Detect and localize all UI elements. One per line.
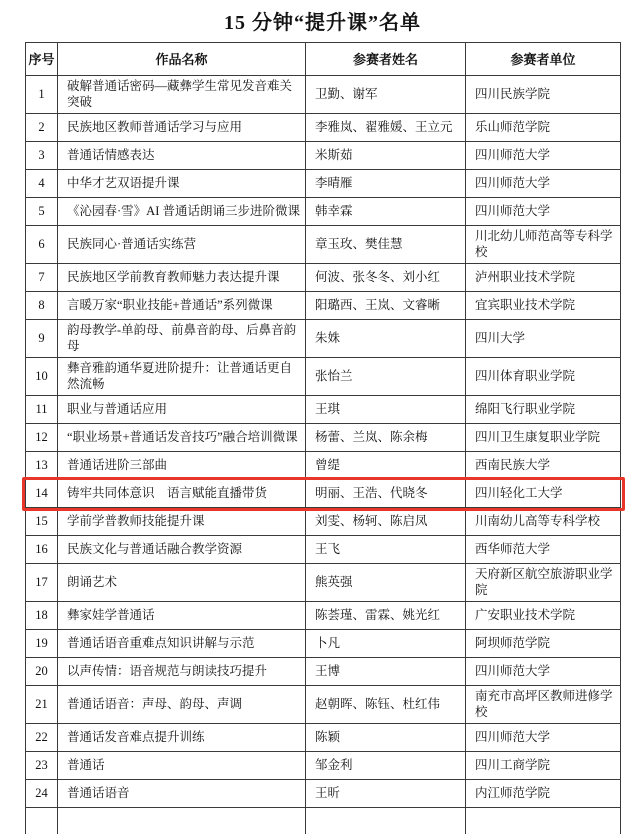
- page-title: 15 分钟“提升课”名单: [25, 6, 620, 35]
- cell-no: 22: [26, 724, 58, 752]
- cell-unit: 四川师范大学: [466, 658, 621, 686]
- table-row: 21普通话语音：声母、韵母、声调赵朝晖、陈钰、杜红伟南充市高坪区教师进修学校: [26, 686, 621, 724]
- cell-names: 刘雯、杨轲、陈启凤: [306, 508, 466, 536]
- table-row: 10彝音雅韵通华夏进阶提升：让普通话更自然流畅张怡兰四川体育职业学院: [26, 358, 621, 396]
- cell-work: 朗诵艺术: [58, 564, 306, 602]
- column-header-work: 作品名称: [58, 43, 306, 76]
- course-list-table: 序号 作品名称 参赛者姓名 参赛者单位 1破解普通话密码—藏彝学生常见发音难关突…: [25, 42, 621, 834]
- column-header-names: 参赛者姓名: [306, 43, 466, 76]
- cell-unit: 内江师范学院: [466, 780, 621, 808]
- cell-work: 民族同心·普通话实练营: [58, 226, 306, 264]
- cell-names: 王飞: [306, 536, 466, 564]
- cell-no: 13: [26, 452, 58, 480]
- cell-no: 24: [26, 780, 58, 808]
- cell-work: 普通话语音: [58, 780, 306, 808]
- cell-work: 民族文化与普通话融合教学资源: [58, 536, 306, 564]
- table-row: 17朗诵艺术熊英强天府新区航空旅游职业学院: [26, 564, 621, 602]
- cell-names: 曾缇: [306, 452, 466, 480]
- cell-no: 14: [26, 480, 58, 508]
- cell-unit: 南充市高坪区教师进修学校: [466, 686, 621, 724]
- cell-no: 18: [26, 602, 58, 630]
- cell-unit: 川南幼儿高等专科学校: [466, 508, 621, 536]
- cell-names: 张怡兰: [306, 358, 466, 396]
- cell-work: 以声传情：语音规范与朗读技巧提升: [58, 658, 306, 686]
- cell-unit: 广安职业技术学院: [466, 602, 621, 630]
- cell-work: 普通话发音难点提升训练: [58, 724, 306, 752]
- cell-names: 朱姝: [306, 320, 466, 358]
- table-row: 2民族地区教师普通话学习与应用李雅岚、翟雅媛、王立元乐山师范学院: [26, 114, 621, 142]
- table-row: 22普通话发音难点提升训练陈颖四川师范大学: [26, 724, 621, 752]
- cell-work: 普通话语音重难点知识讲解与示范: [58, 630, 306, 658]
- table-row: 12“职业场景+普通话发音技巧”融合培训微课杨蕾、兰岚、陈余梅四川卫生康复职业学…: [26, 424, 621, 452]
- cell-unit: 四川大学: [466, 320, 621, 358]
- cell-no: 15: [26, 508, 58, 536]
- cell-names: 赵朝晖、陈钰、杜红伟: [306, 686, 466, 724]
- cell-work: 民族地区学前教育教师魅力表达提升课: [58, 264, 306, 292]
- cell-no: 9: [26, 320, 58, 358]
- cell-unit: 四川工商学院: [466, 752, 621, 780]
- table-row: 16民族文化与普通话融合教学资源王飞西华师范大学: [26, 536, 621, 564]
- table-row: 11职业与普通话应用王琪绵阳飞行职业学院: [26, 396, 621, 424]
- table-row: 23普通话邹金利四川工商学院: [26, 752, 621, 780]
- table-body: 1破解普通话密码—藏彝学生常见发音难关突破卫勤、谢军四川民族学院2民族地区教师普…: [26, 76, 621, 834]
- cell-unit: 四川民族学院: [466, 76, 621, 114]
- cell-unit: 四川体育职业学院: [466, 358, 621, 396]
- cell-names: 熊英强: [306, 564, 466, 602]
- cell-names: 阳璐西、王岚、文睿晰: [306, 292, 466, 320]
- cell-names: 卫勤、谢军: [306, 76, 466, 114]
- cell-unit: 西南民族大学: [466, 452, 621, 480]
- cell-names: 陈荟瑾、雷霖、姚光红: [306, 602, 466, 630]
- table-row: 20以声传情：语音规范与朗读技巧提升王博四川师范大学: [26, 658, 621, 686]
- table-row: 4中华才艺双语提升课李晴雁四川师范大学: [26, 170, 621, 198]
- table-row: 5《沁园春·雪》AI 普通话朗诵三步进阶微课韩幸霖四川师范大学: [26, 198, 621, 226]
- cell-unit: 泸州职业技术学院: [466, 264, 621, 292]
- table-row: 3普通话情感表达米斯茹四川师范大学: [26, 142, 621, 170]
- cell-work: 破解普通话密码—藏彝学生常见发音难关突破: [58, 76, 306, 114]
- table-row: 8言暖万家“职业技能+普通话”系列微课阳璐西、王岚、文睿晰宜宾职业技术学院: [26, 292, 621, 320]
- cell-no: 2: [26, 114, 58, 142]
- table-row: 24普通话语音王昕内江师范学院: [26, 780, 621, 808]
- cell-names: 李晴雁: [306, 170, 466, 198]
- cell-names: 杨蕾、兰岚、陈余梅: [306, 424, 466, 452]
- table-row: 13普通话进阶三部曲曾缇西南民族大学: [26, 452, 621, 480]
- table-row: 19普通话语音重难点知识讲解与示范卜凡阿坝师范学院: [26, 630, 621, 658]
- cell-no: 12: [26, 424, 58, 452]
- cell-names: 陈颖: [306, 724, 466, 752]
- cell-unit: 四川卫生康复职业学院: [466, 424, 621, 452]
- cell-work: 中华才艺双语提升课: [58, 170, 306, 198]
- cell-unit: [466, 808, 621, 834]
- cell-work: 言暖万家“职业技能+普通话”系列微课: [58, 292, 306, 320]
- cell-names: 韩幸霖: [306, 198, 466, 226]
- table-row: 9韵母教学-单韵母、前鼻音韵母、后鼻音韵母朱姝四川大学: [26, 320, 621, 358]
- table-row: 1破解普通话密码—藏彝学生常见发音难关突破卫勤、谢军四川民族学院: [26, 76, 621, 114]
- cell-names: 邹金利: [306, 752, 466, 780]
- cell-work: 铸牢共同体意识 语言赋能直播带货: [58, 480, 306, 508]
- cell-work: 彝音雅韵通华夏进阶提升：让普通话更自然流畅: [58, 358, 306, 396]
- cell-work: “职业场景+普通话发音技巧”融合培训微课: [58, 424, 306, 452]
- cell-names: 王博: [306, 658, 466, 686]
- cell-work: 民族地区教师普通话学习与应用: [58, 114, 306, 142]
- header-row: 序号 作品名称 参赛者姓名 参赛者单位: [26, 43, 621, 76]
- cell-names: 王琪: [306, 396, 466, 424]
- cell-no: 3: [26, 142, 58, 170]
- cell-work: 普通话进阶三部曲: [58, 452, 306, 480]
- cell-work: 韵母教学-单韵母、前鼻音韵母、后鼻音韵母: [58, 320, 306, 358]
- cell-unit: 宜宾职业技术学院: [466, 292, 621, 320]
- cell-names: 何波、张冬冬、刘小红: [306, 264, 466, 292]
- cell-work: 学前学普教师技能提升课: [58, 508, 306, 536]
- cell-work: 彝家娃学普通话: [58, 602, 306, 630]
- cell-names: 李雅岚、翟雅媛、王立元: [306, 114, 466, 142]
- cell-no: 10: [26, 358, 58, 396]
- cell-work: [58, 808, 306, 834]
- column-header-no: 序号: [26, 43, 58, 76]
- cell-names: 卜凡: [306, 630, 466, 658]
- cell-unit: 四川师范大学: [466, 724, 621, 752]
- cell-work: 普通话情感表达: [58, 142, 306, 170]
- cell-work: 普通话语音：声母、韵母、声调: [58, 686, 306, 724]
- cell-no: 8: [26, 292, 58, 320]
- cell-no: 11: [26, 396, 58, 424]
- cell-unit: 四川轻化工大学: [466, 480, 621, 508]
- table-row: 6民族同心·普通话实练营章玉玫、樊佳慧川北幼儿师范高等专科学校: [26, 226, 621, 264]
- cell-no: 16: [26, 536, 58, 564]
- cell-no: 21: [26, 686, 58, 724]
- cell-unit: 四川师范大学: [466, 142, 621, 170]
- table-row: 14铸牢共同体意识 语言赋能直播带货明丽、王浩、代晓冬四川轻化工大学: [26, 480, 621, 508]
- cell-unit: 乐山师范学院: [466, 114, 621, 142]
- document-page: 15 分钟“提升课”名单 序号 作品名称 参赛者姓名 参赛者单位 1破解普通话密…: [0, 6, 641, 834]
- cell-no: 6: [26, 226, 58, 264]
- cell-unit: 绵阳飞行职业学院: [466, 396, 621, 424]
- cell-names: 章玉玫、樊佳慧: [306, 226, 466, 264]
- cell-no: 7: [26, 264, 58, 292]
- cell-no: [26, 808, 58, 834]
- cell-no: 23: [26, 752, 58, 780]
- table-header: 序号 作品名称 参赛者姓名 参赛者单位: [26, 43, 621, 76]
- cell-unit: 川北幼儿师范高等专科学校: [466, 226, 621, 264]
- column-header-unit: 参赛者单位: [466, 43, 621, 76]
- cell-unit: 四川师范大学: [466, 170, 621, 198]
- cell-work: 普通话: [58, 752, 306, 780]
- cell-names: 明丽、王浩、代晓冬: [306, 480, 466, 508]
- cell-no: 19: [26, 630, 58, 658]
- cell-work: 职业与普通话应用: [58, 396, 306, 424]
- cell-names: 王昕: [306, 780, 466, 808]
- table-row: 15学前学普教师技能提升课刘雯、杨轲、陈启凤川南幼儿高等专科学校: [26, 508, 621, 536]
- cell-unit: 天府新区航空旅游职业学院: [466, 564, 621, 602]
- partial-table-row: [26, 808, 621, 834]
- cell-no: 4: [26, 170, 58, 198]
- cell-no: 5: [26, 198, 58, 226]
- cell-unit: 四川师范大学: [466, 198, 621, 226]
- cell-no: 20: [26, 658, 58, 686]
- cell-no: 17: [26, 564, 58, 602]
- table-row: 7民族地区学前教育教师魅力表达提升课何波、张冬冬、刘小红泸州职业技术学院: [26, 264, 621, 292]
- cell-work: 《沁园春·雪》AI 普通话朗诵三步进阶微课: [58, 198, 306, 226]
- cell-names: 米斯茹: [306, 142, 466, 170]
- cell-unit: 西华师范大学: [466, 536, 621, 564]
- cell-no: 1: [26, 76, 58, 114]
- cell-names: [306, 808, 466, 834]
- table-row: 18彝家娃学普通话陈荟瑾、雷霖、姚光红广安职业技术学院: [26, 602, 621, 630]
- cell-unit: 阿坝师范学院: [466, 630, 621, 658]
